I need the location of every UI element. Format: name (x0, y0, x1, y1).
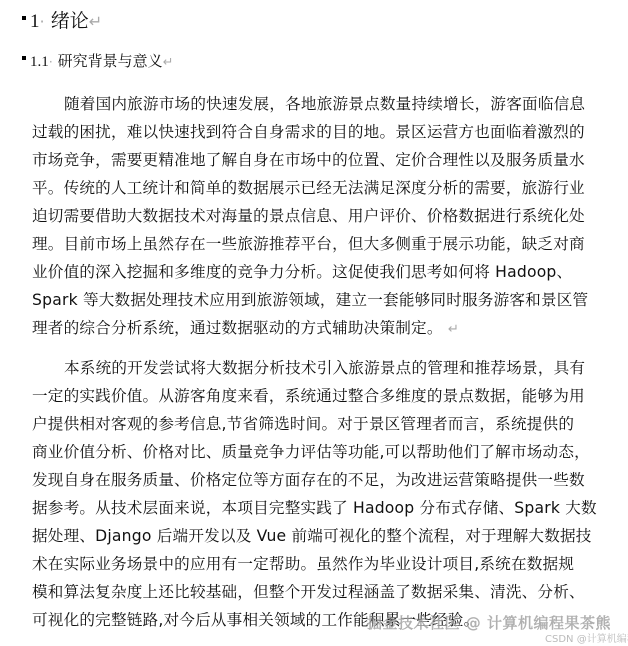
paragraph-mark-icon: ↵ (448, 322, 459, 337)
text-line: 迫切需要借助大数据技术对海量的景点信息、用户评价、价格数据进行系统化处 (32, 202, 562, 230)
heading-2-number: 1.1 (30, 54, 49, 70)
text-line: 据处理、Django 后端开发以及 Vue 前端可视化的整个流程，对于理解大数据… (32, 522, 562, 550)
text-line: 理者的综合分析系统，通过数据驱动的方式辅助决策制定。 ↵ (32, 314, 562, 344)
text-line: 市场竞争，需要更精准地了解自身在市场中的位置、定价合理性以及服务质量水 (32, 146, 562, 174)
heading-bullet-icon (22, 56, 26, 60)
heading-1-title: 绪论 (51, 10, 89, 32)
watermark-sub: CSDN @计算机编程果茶熊 (545, 630, 628, 645)
heading-1: 1· 绪论↵ (22, 8, 102, 35)
text-line: Spark 等大数据处理技术应用到旅游领域，建立一套能够同时服务游客和景区管 (32, 286, 562, 314)
text-line-content: 理者的综合分析系统，通过数据驱动的方式辅助决策制定。 (32, 319, 443, 337)
paragraph-mark-icon: ↵ (163, 55, 174, 70)
heading-bullet-icon (22, 16, 26, 20)
text-line: 本系统的开发尝试将大数据分析技术引入旅游景点的管理和推荐场景，具有 (64, 354, 594, 382)
paragraph-mark-icon: ↵ (89, 12, 103, 31)
text-line: 发现自身在服务质量、价格定位等方面存在的不足，为改进运营策略提供一些数 (32, 466, 562, 494)
text-line: 过载的困扰，难以快速找到符合自身需求的目的地。景区运营方也面临着激烈的 (32, 118, 562, 146)
text-line: 理。目前市场上虽然存在一些旅游推荐平台，但大多侧重于展示功能，缺乏对商 (32, 230, 562, 258)
text-line: 术在实际业务场景中的应用有一定帮助。虽然作为毕业设计项目,系统在数据规 (32, 550, 562, 578)
text-line: 平。传统的人工统计和简单的数据展示已经无法满足深度分析的需要，旅游行业 (32, 174, 562, 202)
text-line: 商业价值分析、价格对比、质量竞争力评估等功能,可以帮助他们了解市场动态， (32, 438, 562, 466)
heading-2: 1.1· 研究背景与意义↵ (22, 50, 173, 74)
text-line: 业价值的深入挖掘和多维度的竞争力分析。这促使我们思考如何将 Hadoop、 (32, 258, 562, 286)
heading-2-title: 研究背景与意义 (58, 52, 163, 70)
text-line: 模和算法复杂度上还比较基础，但整个开发过程涵盖了数据采集、清洗、分析、 (32, 578, 562, 606)
text-line: 户提供相对客观的参考信息,节省筛选时间。对于景区管理者而言，系统提供的 (32, 410, 562, 438)
text-line: 据参考。从技术层面来说，本项目完整实践了 Hadoop 分布式存储、Spark … (32, 494, 562, 522)
text-line: 随着国内旅游市场的快速发展，各地旅游景点数量持续增长，游客面临信息 (64, 90, 594, 118)
heading-1-number: 1 (30, 11, 40, 32)
text-line: 一定的实践价值。从游客角度来看，系统通过整合多维度的景点数据，能够为用 (32, 382, 562, 410)
